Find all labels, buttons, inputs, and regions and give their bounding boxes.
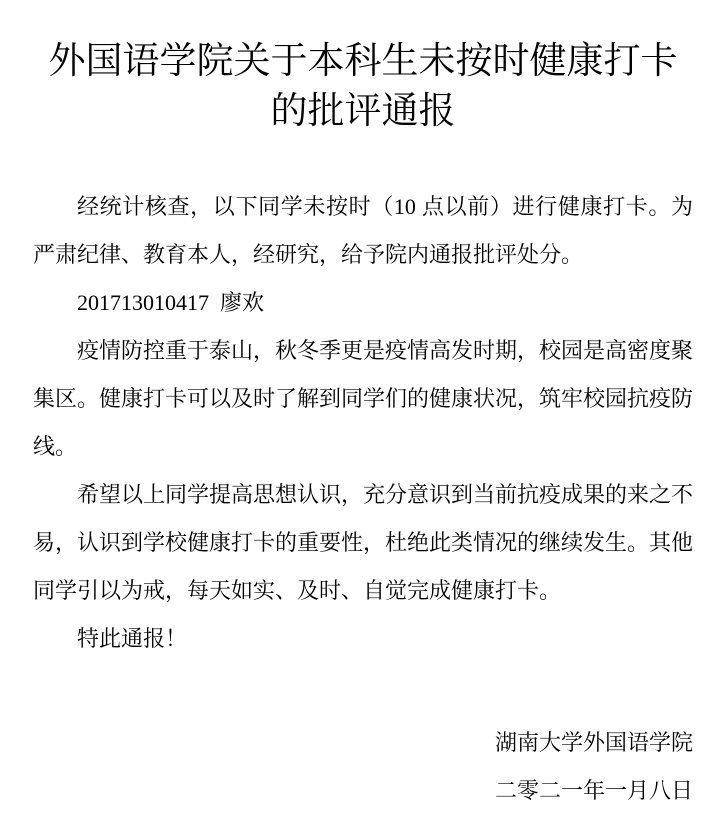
document-body: 经统计核查，以下同学未按时（10 点以前）进行健康打卡。为严肃纪律、教育本人，经… xyxy=(33,183,693,663)
appeal-paragraph: 希望以上同学提高思想认识，充分意识到当前抗疫成果的来之不易，认识到学校健康打卡的… xyxy=(33,471,693,615)
epidemic-prevention-paragraph: 疫情防控重于泰山，秋冬季更是疫情高发时期，校园是高密度聚集区。健康打卡可以及时了… xyxy=(33,327,693,471)
issuer-signature: 湖南大学外国语学院 xyxy=(33,719,693,767)
document-title: 外国语学院关于本科生未按时健康打卡的批评通报 xyxy=(33,37,693,137)
issue-date: 二零二一年一月八日 xyxy=(33,767,693,815)
intro-paragraph: 经统计核查，以下同学未按时（10 点以前）进行健康打卡。为严肃纪律、教育本人，经… xyxy=(33,183,693,279)
notice-document: 外国语学院关于本科生未按时健康打卡的批评通报 经统计核查，以下同学未按时（10 … xyxy=(0,0,711,829)
student-id-line: 201713010417 廖欢 xyxy=(33,279,693,327)
signature-block: 湖南大学外国语学院 二零二一年一月八日 xyxy=(33,719,693,815)
closing-line: 特此通报！ xyxy=(33,615,693,663)
